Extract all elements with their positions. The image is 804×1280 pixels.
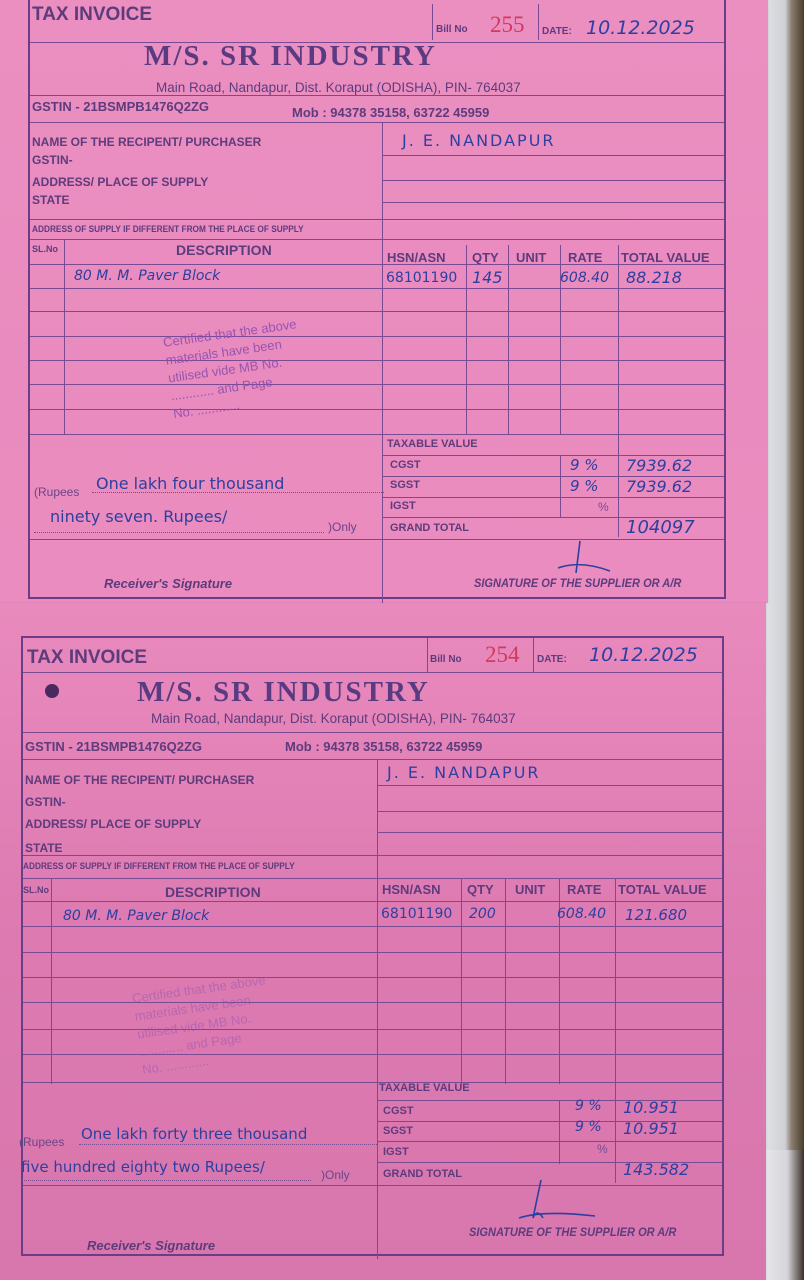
col-rate: RATE [568,250,602,265]
mobile: Mob : 94378 35158, 63722 45959 [292,105,489,120]
igst-label: IGST [383,1146,409,1158]
col-qty: QTY [472,250,499,265]
supplier-signature [513,1178,603,1228]
taxable-value-label: TAXABLE VALUE [387,438,478,450]
item-rate: 608.40 [560,270,609,286]
background-surface [762,0,804,1280]
rupees-label: (Rupees [19,1135,64,1149]
sgst-label: SGST [390,479,420,491]
invoice-frame: TAX INVOICE Bill No 255 DATE: 10.12.2025… [28,0,726,599]
col-hsn: HSN/ASN [382,882,441,897]
col-sl-no: SL.No [23,885,49,895]
item-description: 80 M. M. Paver Block [63,908,209,924]
col-description: DESCRIPTION [176,242,272,258]
invoice-sheet-255: TAX INVOICE Bill No 255 DATE: 10.12.2025… [0,0,768,603]
sgst-amount: 7939.62 [626,477,692,496]
receiver-signature-label: Receiver's Signature [87,1238,215,1253]
igst-rate: % [598,500,609,514]
grand-total-label: GRAND TOTAL [390,522,469,534]
rupees-words-line2: ninety seven. Rupees/ [50,507,227,526]
col-unit: UNIT [516,250,546,265]
bill-no-label: Bill No [430,654,462,665]
recipient-label: NAME OF THE RECIPENT/ PURCHASER [25,773,254,787]
col-description: DESCRIPTION [165,884,261,900]
item-description: 80 M. M. Paver Block [74,268,220,284]
item-qty: 200 [469,906,496,922]
invoice-date: 10.12.2025 [586,17,695,39]
grand-total: 143.582 [623,1160,689,1179]
mobile: Mob : 94378 35158, 63722 45959 [285,739,482,754]
invoice-frame: TAX INVOICE Bill No 254 DATE: 10.12.2025… [21,636,724,1256]
rupees-label: (Rupees [34,485,79,499]
gstin: GSTIN - 21BSMPB1476Q2ZG [32,99,209,114]
recipient-value: J. E. NANDAPUR [387,763,541,782]
item-hsn: 68101190 [386,270,457,286]
col-sl-no: SL.No [32,244,58,254]
grand-total: 104097 [626,517,695,538]
col-unit: UNIT [515,882,545,897]
background-shelf [762,1150,804,1280]
recipient-label: NAME OF THE RECIPENT/ PURCHASER [32,135,261,149]
only-label: )Only [328,520,357,534]
item-qty: 145 [472,268,503,287]
rupees-words-line1: One lakh four thousand [96,474,284,493]
item-hsn: 68101190 [381,906,452,922]
item-total: 121.680 [625,906,687,924]
rupees-words-line1: One lakh forty three thousand [81,1125,307,1143]
item-rate: 608.40 [557,906,606,922]
supplier-signature-label: SIGNATURE OF THE SUPPLIER OR A/R [469,1225,676,1239]
address-label: ADDRESS/ PLACE OF SUPPLY [25,817,201,831]
form-title: TAX INVOICE [27,647,147,669]
company-name: M/S. SR INDUSTRY [144,40,437,73]
cgst-amount: 7939.62 [626,456,692,475]
sgst-rate: 9 % [575,1119,602,1135]
item-total: 88.218 [626,268,682,287]
cgst-rate: 9 % [575,1098,602,1114]
alt-address-label: ADDRESS OF SUPPLY IF DIFFERENT FROM THE … [23,861,295,871]
company-name: M/S. SR INDUSTRY [137,676,430,709]
supplier-signature-label: SIGNATURE OF THE SUPPLIER OR A/R [474,576,681,590]
igst-label: IGST [390,500,416,512]
col-total: TOTAL VALUE [618,882,707,897]
date-label: DATE: [542,26,572,37]
date-label: DATE: [537,654,567,665]
sgst-rate: 9 % [570,477,599,495]
col-rate: RATE [567,882,601,897]
certification-stamp: Certified that the above materials have … [162,315,308,423]
form-title: TAX INVOICE [32,4,152,26]
taxable-value-label: TAXABLE VALUE [379,1082,470,1094]
company-address: Main Road, Nandapur, Dist. Koraput (ODIS… [151,711,516,726]
supplier-signature [540,538,620,578]
recipient-value: J. E. NANDAPUR [402,131,556,150]
col-qty: QTY [467,882,494,897]
cgst-amount: 10.951 [623,1098,679,1117]
cgst-rate: 9 % [570,456,599,474]
rupees-words-line2: five hundred eighty two Rupees/ [21,1158,265,1176]
receiver-signature-label: Receiver's Signature [104,576,232,591]
cgst-label: CGST [390,459,421,471]
sgst-label: SGST [383,1125,413,1137]
bill-number: 255 [490,12,525,38]
state-label: STATE [32,193,70,207]
bill-number: 254 [485,642,520,668]
gstin: GSTIN - 21BSMPB1476Q2ZG [25,739,202,754]
invoice-sheet-254: TAX INVOICE Bill No 254 DATE: 10.12.2025… [0,603,766,1280]
sgst-amount: 10.951 [623,1119,679,1138]
igst-rate: % [597,1142,608,1156]
bullet-dot [45,684,59,698]
bill-no-label: Bill No [436,24,468,35]
certification-stamp: Certified that the above materials have … [131,971,277,1079]
address-label: ADDRESS/ PLACE OF SUPPLY [32,175,208,189]
gstin-label: GSTIN- [25,795,66,809]
invoice-date: 10.12.2025 [589,644,698,666]
only-label: )Only [321,1168,350,1182]
col-hsn: HSN/ASN [387,250,446,265]
company-address: Main Road, Nandapur, Dist. Koraput (ODIS… [156,80,521,95]
state-label: STATE [25,841,63,855]
cgst-label: CGST [383,1105,414,1117]
alt-address-label: ADDRESS OF SUPPLY IF DIFFERENT FROM THE … [32,224,304,234]
col-total: TOTAL VALUE [621,250,710,265]
grand-total-label: GRAND TOTAL [383,1168,462,1180]
gstin-label: GSTIN- [32,153,73,167]
